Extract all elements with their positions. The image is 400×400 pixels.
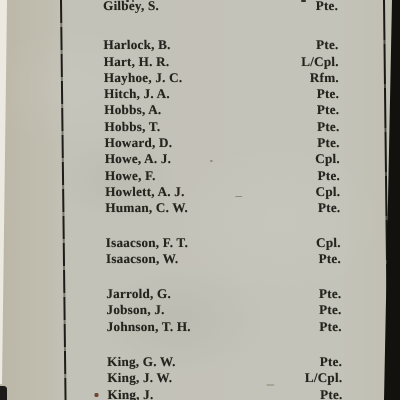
person-name: Hayhoe, J. C. bbox=[104, 70, 183, 86]
person-rank: Pte. bbox=[318, 200, 341, 216]
person-rank: Cpl. bbox=[315, 184, 340, 200]
person-rank: Pte. bbox=[317, 168, 340, 184]
person-name: Johnson, T. H. bbox=[107, 319, 191, 335]
person-rank: Rfm. bbox=[310, 70, 339, 86]
roll-row: Jarrold, G.Pte. bbox=[106, 286, 341, 302]
person-name: King, J. bbox=[107, 387, 153, 400]
roll-row: Harlock, B.Pte. bbox=[103, 37, 338, 53]
person-name: Gilbey, S. bbox=[103, 0, 159, 14]
person-rank: Pte. bbox=[316, 37, 339, 53]
person-rank: Pte. bbox=[318, 251, 341, 267]
roll-row: King, J.Pte. bbox=[107, 387, 342, 400]
person-rank: Pte. bbox=[317, 86, 340, 102]
roll-row: Hobbs, A.Pte. bbox=[104, 102, 339, 118]
roll-row: Hayhoe, J. C.Rfm. bbox=[104, 70, 339, 86]
page-content: Gilbey, S.Pte.Harlock, B.Pte.Hart, H. R.… bbox=[0, 0, 400, 400]
name-group: Jarrold, G.Pte.Jobson, J.Pte.Johnson, T.… bbox=[106, 286, 342, 335]
roll-row: King, J. W.L/Cpl. bbox=[107, 370, 342, 386]
roll-row: Isaacson, W.Pte. bbox=[106, 251, 341, 267]
person-rank: Cpl. bbox=[316, 235, 341, 251]
person-name: Harlock, B. bbox=[103, 37, 170, 53]
red-marker-dot bbox=[94, 393, 98, 397]
person-name: Howard, D. bbox=[105, 135, 173, 151]
person-name: Hitch, J. A. bbox=[104, 86, 170, 102]
person-name: Jarrold, G. bbox=[106, 286, 171, 302]
person-name: King, G. W. bbox=[107, 354, 176, 370]
person-rank: L/Cpl. bbox=[301, 54, 339, 70]
roll-row: Gilbey, S.Pte. bbox=[103, 0, 338, 14]
person-name: Howe, A. J. bbox=[105, 151, 171, 167]
roll-list: Gilbey, S.Pte.Harlock, B.Pte.Hart, H. R.… bbox=[103, 0, 343, 400]
person-name: Howlett, A. J. bbox=[105, 184, 185, 200]
person-rank: Pte. bbox=[317, 119, 340, 135]
person-rank: Pte. bbox=[319, 286, 342, 302]
person-name: Hobbs, A. bbox=[104, 102, 161, 118]
roll-row: Hart, H. R.L/Cpl. bbox=[104, 54, 339, 70]
roll-row: Howard, D.Pte. bbox=[105, 135, 340, 151]
roll-row: Howe, F.Pte. bbox=[105, 168, 340, 184]
roll-row: Human, C. W.Pte. bbox=[105, 200, 340, 216]
name-group: Harlock, B.Pte.Hart, H. R.L/Cpl.Hayhoe, … bbox=[103, 37, 340, 216]
roll-row: Isaacson, F. T.Cpl. bbox=[106, 235, 341, 251]
person-name: Isaacson, F. T. bbox=[106, 235, 188, 251]
person-rank: Pte. bbox=[317, 135, 340, 151]
name-group: King, G. W.Pte.King, J. W.L/Cpl.King, J.… bbox=[107, 354, 343, 400]
scan-edge-bottom-left bbox=[0, 386, 7, 400]
person-rank: Pte. bbox=[317, 102, 340, 118]
roll-row: Jobson, J.Pte. bbox=[106, 302, 341, 318]
name-group: Gilbey, S.Pte. bbox=[103, 0, 338, 14]
person-name: King, J. W. bbox=[107, 370, 172, 386]
roll-row: Hitch, J. A.Pte. bbox=[104, 86, 339, 102]
roll-row: Johnson, T. H.Pte. bbox=[107, 319, 342, 335]
person-name: Jobson, J. bbox=[106, 302, 164, 318]
person-rank: Pte. bbox=[320, 354, 343, 370]
person-rank: Pte. bbox=[319, 319, 342, 335]
person-rank: Pte. bbox=[320, 387, 343, 400]
person-rank: Pte. bbox=[319, 302, 342, 318]
person-rank: Cpl. bbox=[315, 151, 340, 167]
person-rank: L/Cpl. bbox=[305, 370, 343, 386]
person-rank: Pte. bbox=[316, 0, 339, 14]
roll-row: Howe, A. J.Cpl. bbox=[105, 151, 340, 167]
person-name: Hobbs, T. bbox=[104, 119, 160, 135]
person-name: Human, C. W. bbox=[105, 200, 188, 216]
scanned-page: Gilbey, S.Pte.Harlock, B.Pte.Hart, H. R.… bbox=[0, 0, 400, 400]
roll-row: Howlett, A. J.Cpl. bbox=[105, 184, 340, 200]
roll-row: Hobbs, T.Pte. bbox=[104, 119, 339, 135]
person-name: Isaacson, W. bbox=[106, 251, 179, 267]
roll-row: King, G. W.Pte. bbox=[107, 354, 342, 370]
left-rule bbox=[60, 0, 67, 400]
person-name: Hart, H. R. bbox=[104, 54, 170, 70]
name-group: Isaacson, F. T.Cpl.Isaacson, W.Pte. bbox=[106, 235, 341, 268]
person-name: Howe, F. bbox=[105, 168, 156, 184]
